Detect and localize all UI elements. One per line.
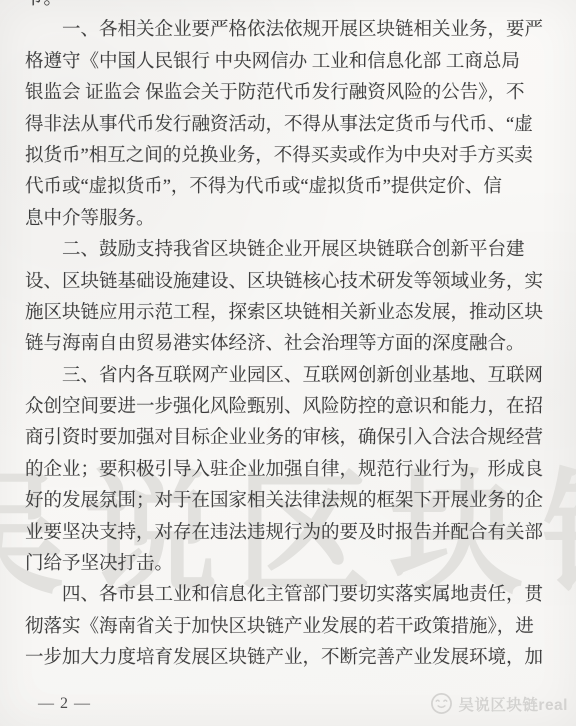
page-number: — 2 — [38,695,91,713]
text-line: 众创空间要进一步强化风险甄别、风险防控的意识和能力，在招 [25,392,552,423]
text-line: 四、各市县工业和信息化主管部门要切实落实属地责任，贯 [25,580,552,611]
document-page: 吴说区块链 节。 一、各相关企业要严格依法依规开展区块链相关业务，要严 格遵守《… [0,0,576,726]
channel-watermark-badge: 吴说区块链real [430,692,568,715]
text-line: 设、区块链基础设施建设、区块链核心技术研发等领域业务，实 [25,267,552,298]
text-line: 息中介等服务。 [25,204,552,235]
text-line: 施区块链应用示范工程，探索区块链相关新业态发展，推动区块 [25,298,552,329]
text-line: 银监会 证监会 保监会关于防范代币发行融资风险的公告》，不 [25,78,552,109]
text-line: 商引资时要加强对目标企业业务的审核，确保引入合法合规经营 [25,423,552,454]
text-line: 链与海南自由贸易港实体经济、社会治理等方面的深度融合。 [25,329,552,360]
channel-watermark-text: 吴说区块链real [458,693,568,715]
text-line: 一步加大力度培育发展区块链产业，不断完善产业发展环境，加 [25,643,552,674]
text-line: 彻落实《海南省关于加快区块链产业发展的若干政策措施》，进 [25,612,552,643]
text-line: 门给予坚决打击。 [25,549,552,580]
wu-blockchain-face-logo-icon [430,692,453,715]
text-line: 拟货币”相互之间的兑换业务，不得买卖或作为中央对手方买卖 [25,141,552,172]
text-line: 一、各相关企业要严格依法依规开展区块链相关业务，要严 [25,15,552,46]
clipped-top-line: 节。 [25,0,552,15]
text-line: 三、省内各互联网产业园区、互联网创新创业基地、互联网 [25,361,552,392]
text-line: 得非法从事代币发行融资活动，不得从事法定货币与代币、“虚 [25,110,552,141]
text-line: 的企业；要积极引导入驻企业加强自律，规范行业行为，形成良 [25,455,552,486]
text-line: 好的发展氛围；对于在国家相关法律法规的框架下开展业务的企 [25,486,552,517]
document-body: 节。 一、各相关企业要严格依法依规开展区块链相关业务，要严 格遵守《中国人民银行… [25,0,552,675]
text-line: 代币或“虚拟货币”，不得为代币或“虚拟货币”提供定价、信 [25,172,552,203]
text-line: 业要坚决支持，对存在违法违规行为的要及时报告并配合有关部 [25,518,552,549]
text-line: 格遵守《中国人民银行 中央网信办 工业和信息化部 工商总局 [25,47,552,78]
text-line: 二、鼓励支持我省区块链企业开展区块链联合创新平台建 [25,235,552,266]
